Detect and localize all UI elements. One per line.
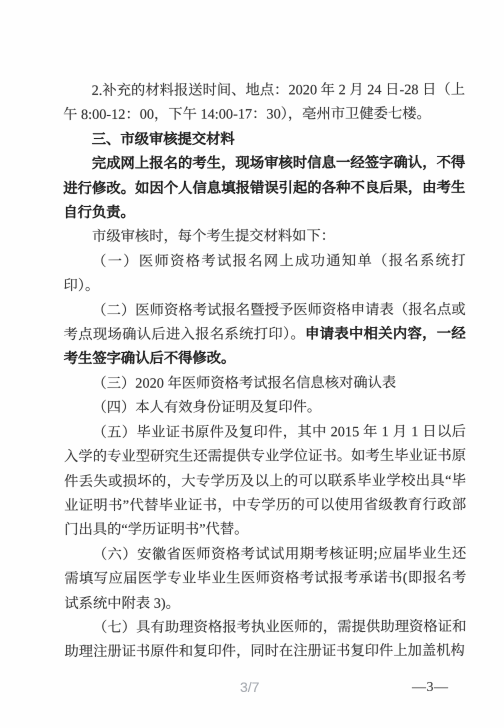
scan-page-indicator: 3/7 <box>240 679 259 695</box>
paragraph-item-6: （六）安徽省医师资格考试试用期考核证明;应届毕业生还需填写应届医学专业毕业生医师… <box>64 542 466 616</box>
paragraph-materials-intro: 市级审核时，每个考生提交材料如下： <box>63 224 465 249</box>
document-body: 2.补充的材料报送时间、地点：2020 年 2 月 24 日-28 日（上午 8… <box>63 78 467 665</box>
paragraph-item-4: （四）本人有效身份证明及复印件。 <box>64 395 466 420</box>
paragraph-item-2: （二）医师资格考试报名暨授予医师资格申请表（报名点或考点现场确认后进入报名系统打… <box>64 298 466 372</box>
paragraph-confirmation-notice: 完成网上报名的考生，现场审核时信息一经签字确认，不得进行修改。如因个人信息填报错… <box>63 151 465 225</box>
section-heading: 三、市级审核提交材料 <box>63 127 465 152</box>
paragraph-item-1: （一）医师资格考试报名网上成功通知单（报名系统打印）。 <box>63 249 465 299</box>
paragraph-item-5: （五）毕业证书原件及复印件，其中 2015 年 1 月 1 日以后入学的专业型研… <box>64 420 466 543</box>
paragraph-item-3: （三）2020 年医师资格考试报名信息核对确认表 <box>64 371 466 396</box>
paragraph-item-7: （七）具有助理资格报考执业医师的，需提供助理资格证和助理注册证书原件和复印件，同… <box>64 615 466 665</box>
page-number: —3— <box>412 680 449 696</box>
paragraph-supplement-materials: 2.补充的材料报送时间、地点：2020 年 2 月 24 日-28 日（上午 8… <box>63 78 465 128</box>
scanned-document-page: 2.补充的材料报送时间、地点：2020 年 2 月 24 日-28 日（上午 8… <box>0 0 504 728</box>
